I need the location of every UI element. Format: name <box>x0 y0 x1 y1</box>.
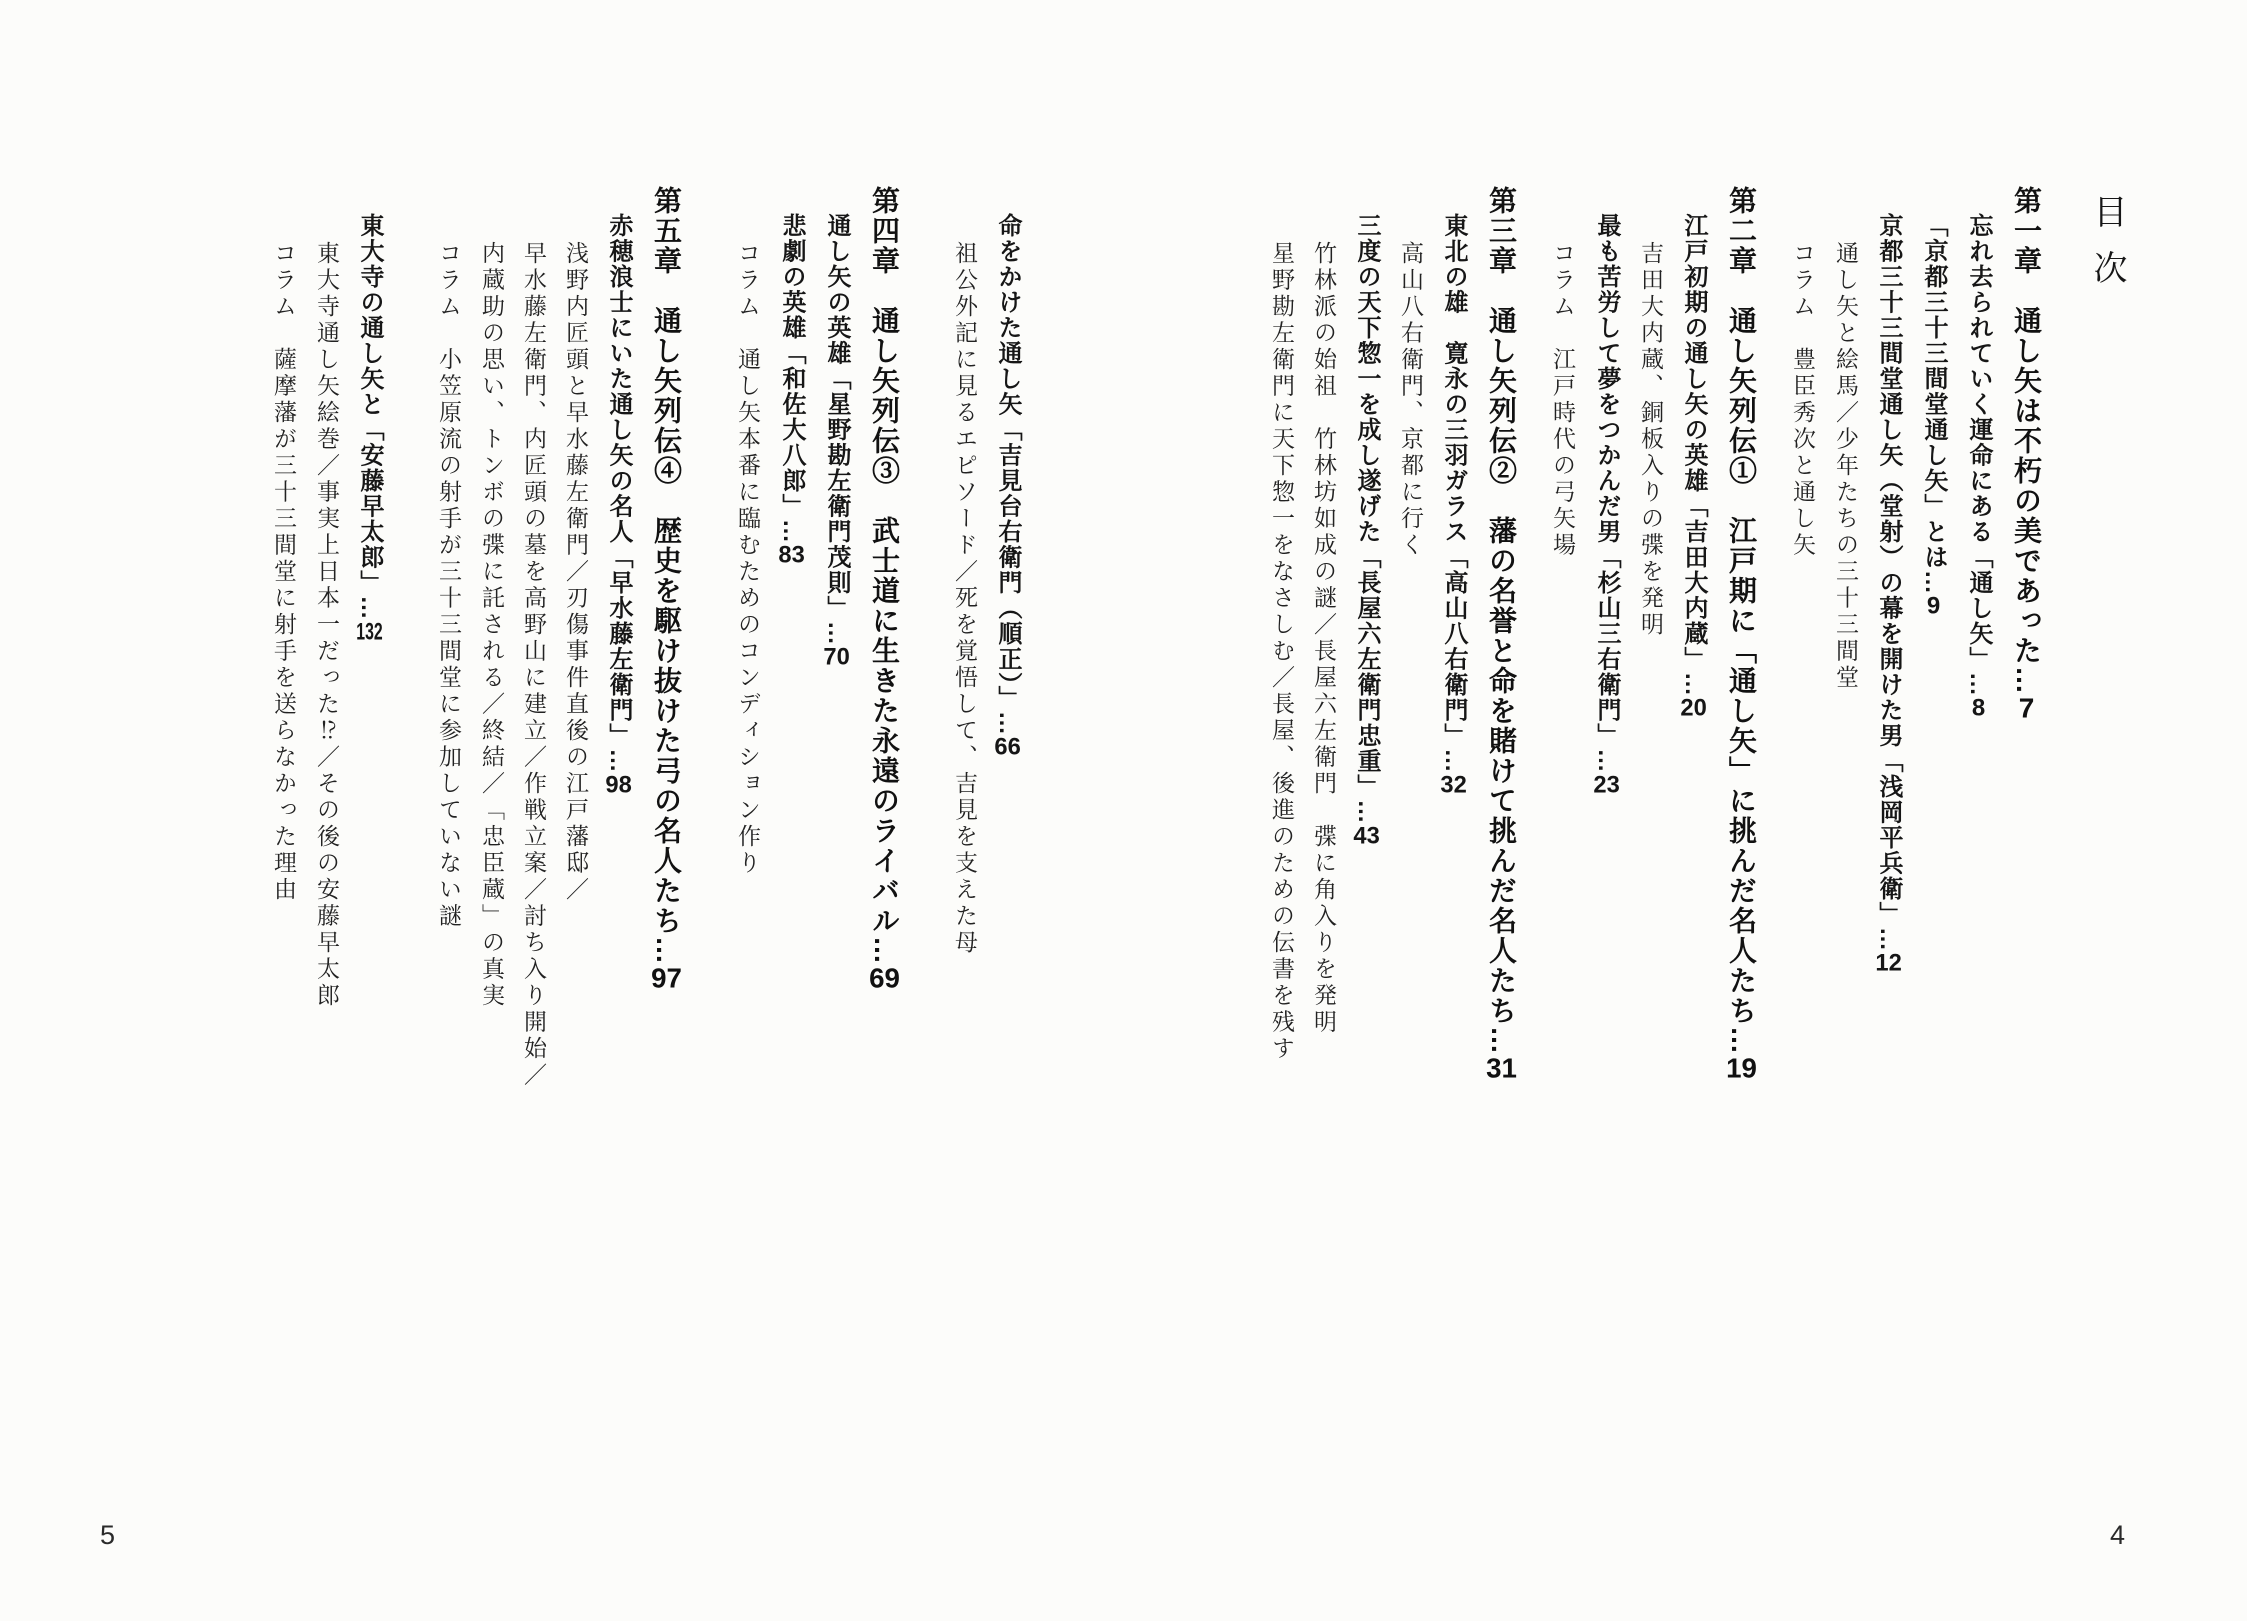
leader-dots: … <box>869 936 900 964</box>
page-ref: 9 <box>1920 594 1947 618</box>
page-ref: 19 <box>1726 1054 1757 1082</box>
toc-entry: 東大寺の通し矢と「安藤早太郎」…132 <box>347 186 392 1586</box>
book-spread: 目次 第一章 通し矢は不朽の美であった…7 忘れ去られていく運命にある「通し矢」… <box>0 0 2247 1621</box>
toc-title: 目次 <box>2077 186 2135 1586</box>
leader-dots: … <box>994 711 1021 735</box>
subentry-text: 東大寺通し矢絵巻／事実上日本一だった⁉／その後の安藤早太郎 <box>314 241 339 1010</box>
heading-text: 第五章 通し矢列伝④ 歴史を駆け抜けた弓の名人たち <box>651 186 682 936</box>
page-ref: 20 <box>1680 696 1707 720</box>
leader-dots: … <box>2011 666 2042 694</box>
toc-entry: 江戸初期の通し矢の英雄「吉田大内蔵」…20 <box>1671 186 1716 1586</box>
toc-column-note: コラム 豊臣秀次と通し矢 <box>1780 186 1824 1586</box>
toc-column-note: コラム 小笠原流の射手が三十三間堂に参加していない謎 <box>426 186 470 1586</box>
page-ref: 12 <box>1875 951 1902 975</box>
page-ref: 69 <box>869 964 900 992</box>
toc-entry: 忘れ去られていく運命にある「通し矢」…8 <box>1956 186 2001 1586</box>
leader-dots: … <box>1965 672 1992 696</box>
subentry-text: 竹林派の始祖 竹林坊如成の謎／長屋六左衛門 弽に角入りを発明 <box>1311 241 1336 1036</box>
leader-dots: … <box>1920 570 1947 594</box>
subentry-text: 早水藤左衛門、内匠頭の墓を高野山に建立／作戦立案／討ち入り開始／ <box>521 241 546 1089</box>
leader-dots: … <box>1680 672 1707 696</box>
entry-text: 三度の天下惣一を成し遂げた「長屋六左衛門忠重」 <box>1353 213 1380 800</box>
page-ref: 43 <box>1353 824 1380 848</box>
page-ref: 32 <box>1440 773 1467 797</box>
column-note-text: コラム 豊臣秀次と通し矢 <box>1790 241 1815 559</box>
entry-text: 「京都三十三間堂通し矢」とは <box>1920 213 1947 570</box>
toc-subentry: 東大寺通し矢絵巻／事実上日本一だった⁉／その後の安藤早太郎 <box>305 186 347 1586</box>
toc-entry: 悲劇の英雄「和佐大八郎」…83 <box>769 186 814 1586</box>
subentry-text: 星野勘左衛門に天下惣一をなさしむ／長屋、後進のための伝書を残す <box>1269 241 1294 1063</box>
toc-subentry: 高山八右衛門、京都に行く <box>1389 186 1431 1586</box>
entry-text: 東北の雄 寛永の三羽ガラス「高山八右衛門」 <box>1440 213 1467 749</box>
leader-dots: … <box>823 621 850 645</box>
page-ref: 132 <box>356 620 383 644</box>
chapter-2-heading: 第二章 通し矢列伝① 江戸期に「通し矢」に挑んだ名人たち…19 <box>1716 186 1766 1586</box>
toc-entry: 三度の天下惣一を成し遂げた「長屋六左衛門忠重」…43 <box>1344 186 1389 1586</box>
leader-dots: … <box>356 596 383 620</box>
leader-dots: … <box>1726 1026 1757 1054</box>
toc-right-page: 目次 第一章 通し矢は不朽の美であった…7 忘れ去られていく運命にある「通し矢」… <box>1260 186 2135 1586</box>
leader-dots: … <box>1593 749 1620 773</box>
entry-text: 京都三十三間堂通し矢（堂射）の幕を開けた男「浅岡平兵衛」 <box>1875 213 1902 927</box>
toc-column-note: コラム 通し矢本番に臨むためのコンディション作り <box>725 186 769 1586</box>
toc-entry: 最も苦労して夢をつかんだ男「杉山三右衛門」…23 <box>1584 186 1629 1586</box>
toc-subentry: 吉田大内蔵、銅板入りの弽を発明 <box>1629 186 1671 1586</box>
toc-entry: 通し矢の英雄「星野勘左衛門茂則」…70 <box>814 186 859 1586</box>
toc-subentry: 内蔵助の思い、トンボの弽に託される／終結／「忠臣蔵」の真実 <box>470 186 512 1586</box>
entry-text: 江戸初期の通し矢の英雄「吉田大内蔵」 <box>1680 213 1707 672</box>
toc-entry: 命をかけた通し矢「吉見台右衛門（順正）」…66 <box>985 186 1030 1586</box>
toc-entry: 「京都三十三間堂通し矢」とは…9 <box>1911 186 1956 1586</box>
entry-text: 悲劇の英雄「和佐大八郎」 <box>778 213 805 519</box>
toc-subentry: 早水藤左衛門、内匠頭の墓を高野山に建立／作戦立案／討ち入り開始／ <box>512 186 554 1586</box>
chapter-1-heading: 第一章 通し矢は不朽の美であった…7 <box>2001 186 2051 1586</box>
subentry-text: 祖公外記に見るエピソード／死を覚悟して、吉見を支えた母 <box>952 241 977 957</box>
page-number-left: 5 <box>100 1520 115 1551</box>
entry-text: 東大寺の通し矢と「安藤早太郎」 <box>356 213 383 596</box>
toc-entry: 京都三十三間堂通し矢（堂射）の幕を開けた男「浅岡平兵衛」…12 <box>1866 186 1911 1586</box>
leader-dots: … <box>1440 749 1467 773</box>
toc-entry: 東北の雄 寛永の三羽ガラス「高山八右衛門」…32 <box>1431 186 1476 1586</box>
toc-entry: 赤穂浪士にいた通し矢の名人「早水藤左衛門」…98 <box>596 186 641 1586</box>
heading-text: 第二章 通し矢列伝① 江戸期に「通し矢」に挑んだ名人たち <box>1726 186 1757 1026</box>
page-ref: 31 <box>1486 1054 1517 1082</box>
entry-text: 最も苦労して夢をつかんだ男「杉山三右衛門」 <box>1593 213 1620 749</box>
chapter-3-heading: 第三章 通し矢列伝② 藩の名誉と命を賭けて挑んだ名人たち…31 <box>1476 186 1526 1586</box>
page-ref: 7 <box>2011 694 2042 722</box>
toc-subentry: 星野勘左衛門に天下惣一をなさしむ／長屋、後進のための伝書を残す <box>1260 186 1302 1586</box>
entry-text: 赤穂浪士にいた通し矢の名人「早水藤左衛門」 <box>605 213 632 749</box>
toc-column-note: コラム 江戸時代の弓矢場 <box>1540 186 1584 1586</box>
page-ref: 8 <box>1965 696 1992 720</box>
leader-dots: … <box>605 749 632 773</box>
column-note-text: コラム 江戸時代の弓矢場 <box>1550 241 1575 559</box>
leader-dots: … <box>1486 1026 1517 1054</box>
subentry-text: 吉田大内蔵、銅板入りの弽を発明 <box>1638 241 1663 639</box>
toc-subentry: 浅野内匠頭と早水藤左衛門／刃傷事件直後の江戸藩邸／ <box>554 186 596 1586</box>
page-ref: 83 <box>778 543 805 567</box>
toc-subentry: 通し矢と絵馬／少年たちの三十三間堂 <box>1824 186 1866 1586</box>
subentry-text: 高山八右衛門、京都に行く <box>1398 241 1423 559</box>
subentry-text: 内蔵助の思い、トンボの弽に託される／終結／「忠臣蔵」の真実 <box>479 241 504 1010</box>
leader-dots: … <box>1353 800 1380 824</box>
page-ref: 70 <box>823 645 850 669</box>
heading-text: 第三章 通し矢列伝② 藩の名誉と命を賭けて挑んだ名人たち <box>1486 186 1517 1026</box>
subentry-text: 浅野内匠頭と早水藤左衛門／刃傷事件直後の江戸藩邸／ <box>563 241 588 904</box>
leader-dots: … <box>1875 927 1902 951</box>
chapter-5-heading: 第五章 通し矢列伝④ 歴史を駆け抜けた弓の名人たち…97 <box>641 186 691 1586</box>
page-ref: 66 <box>994 735 1021 759</box>
page-ref: 98 <box>605 773 632 797</box>
toc-column-note: コラム 薩摩藩が三十三間堂に射手を送らなかった理由 <box>261 186 305 1586</box>
toc-left-page: 命をかけた通し矢「吉見台右衛門（順正）」…66 祖公外記に見るエピソード／死を覚… <box>261 186 1030 1586</box>
page-ref: 23 <box>1593 773 1620 797</box>
chapter-4-heading: 第四章 通し矢列伝③ 武士道に生きた永遠のライバル…69 <box>859 186 909 1586</box>
toc-subentry: 祖公外記に見るエピソード／死を覚悟して、吉見を支えた母 <box>943 186 985 1586</box>
subentry-text: 通し矢と絵馬／少年たちの三十三間堂 <box>1833 241 1858 692</box>
toc-subentry: 竹林派の始祖 竹林坊如成の謎／長屋六左衛門 弽に角入りを発明 <box>1302 186 1344 1586</box>
leader-dots: … <box>778 519 805 543</box>
heading-text: 第四章 通し矢列伝③ 武士道に生きた永遠のライバル <box>869 186 900 936</box>
column-note-text: コラム 薩摩藩が三十三間堂に射手を送らなかった理由 <box>271 241 296 904</box>
entry-text: 忘れ去られていく運命にある「通し矢」 <box>1965 213 1992 672</box>
column-note-text: コラム 通し矢本番に臨むためのコンディション作り <box>735 241 760 877</box>
column-note-text: コラム 小笠原流の射手が三十三間堂に参加していない謎 <box>436 241 461 930</box>
heading-text: 第一章 通し矢は不朽の美であった <box>2011 186 2042 666</box>
entry-text: 通し矢の英雄「星野勘左衛門茂則」 <box>823 213 850 621</box>
page-number-right: 4 <box>2110 1520 2125 1551</box>
leader-dots: … <box>651 936 682 964</box>
page-ref: 97 <box>651 964 682 992</box>
entry-text: 命をかけた通し矢「吉見台右衛門（順正）」 <box>994 213 1021 711</box>
